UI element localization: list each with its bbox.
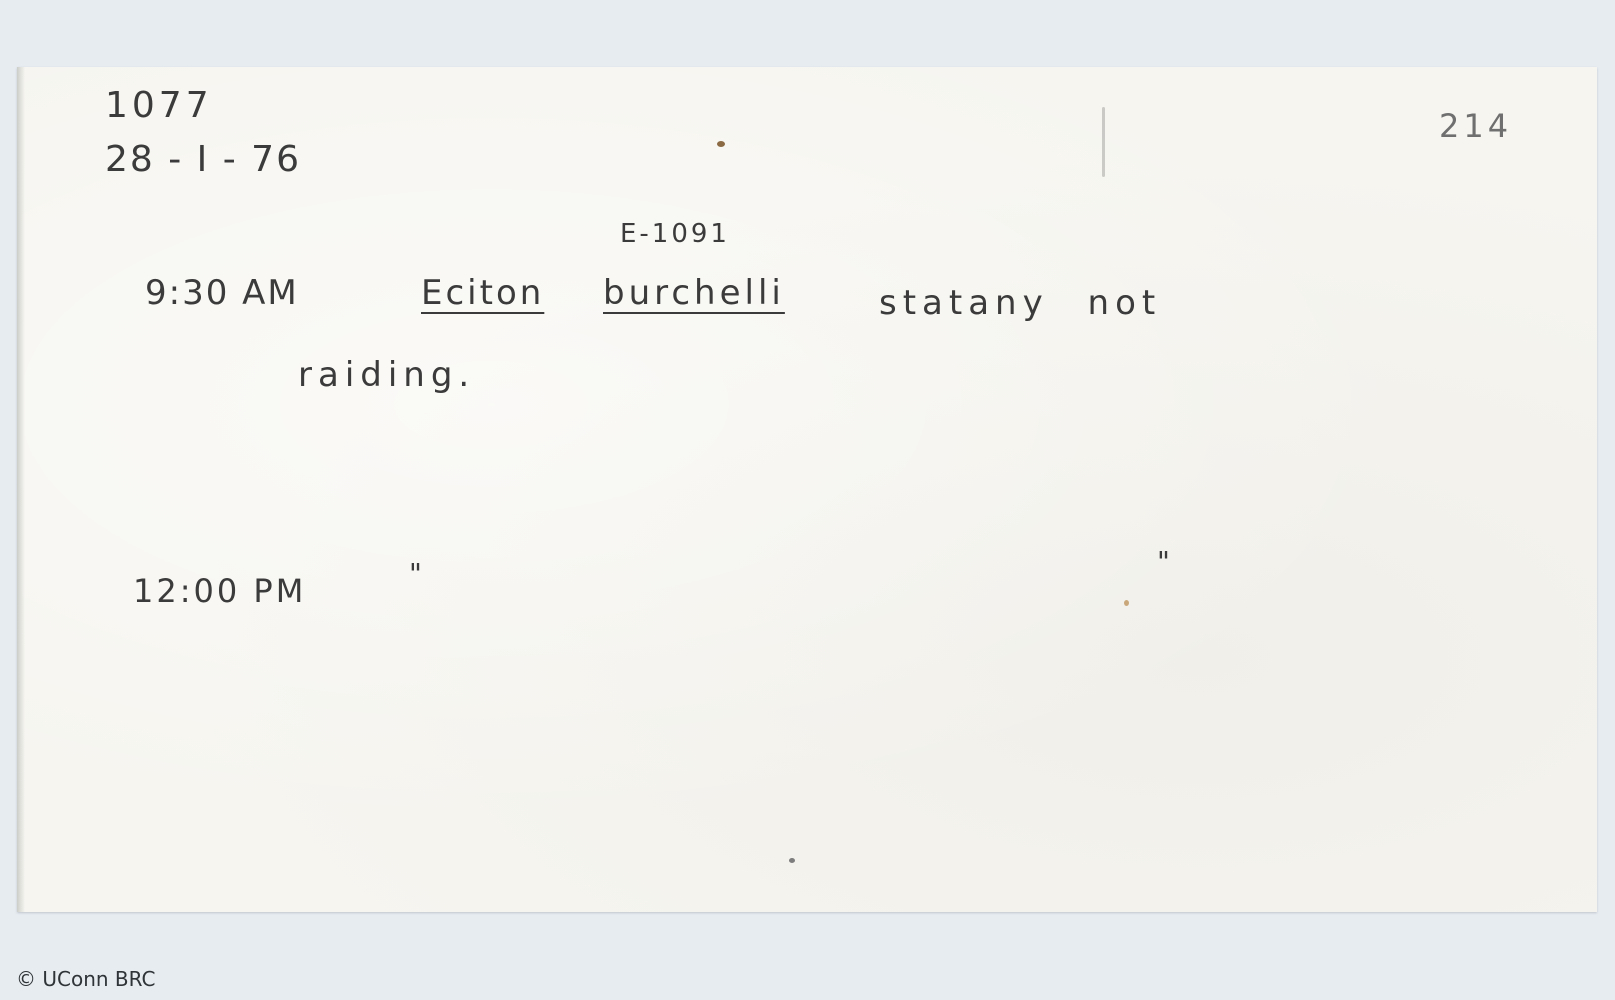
entry-1-species: burchelli [603, 273, 785, 313]
record-date: 28 - I - 76 [105, 139, 301, 180]
stain-spot [1124, 600, 1129, 606]
entry-2-time: 12:00 PM [133, 572, 306, 610]
entry-1-note: statany not [879, 283, 1161, 323]
entry-1-genus: Eciton [421, 273, 544, 313]
copyright-footer: © UConn BRC [16, 967, 156, 991]
entry-1-time: 9:30 AM [145, 273, 299, 313]
entry-1-note-continued: raiding. [298, 355, 475, 395]
pencil-smudge [1102, 107, 1105, 177]
entry-2-ditto-mark: " [409, 557, 426, 590]
card-left-edge [17, 67, 25, 912]
stain-spot [717, 141, 725, 147]
record-number: 1077 [105, 85, 213, 126]
specimen-code: E-1091 [620, 219, 730, 249]
field-note-card: 1077 28 - I - 76 214 E-1091 9:30 AM Ecit… [17, 67, 1597, 912]
entry-2-ditto-mark-right: " [1157, 545, 1174, 578]
stain-spot [789, 858, 795, 863]
page-number: 214 [1439, 107, 1512, 145]
